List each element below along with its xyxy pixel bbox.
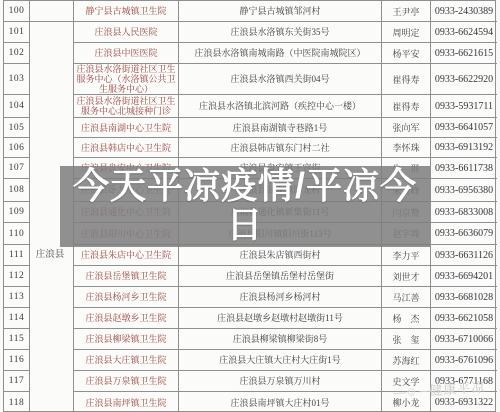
table-row: 115庄浪县柳梁镇卫生院庄浪县柳梁镇柳梁街8号张 玺0933-6710066 (4, 328, 495, 349)
institution-name-cell: 庄浪县赵墩乡卫生院 (73, 307, 178, 328)
county-cell (29, 1, 73, 21)
row-number-cell: 116 (4, 349, 29, 370)
row-number-cell: 110 (4, 222, 29, 244)
county-cell (29, 42, 73, 63)
institution-name-cell: 静宁县古城镇卫生院 (73, 1, 178, 21)
row-number-cell: 108 (4, 178, 29, 201)
overlay-title-line2: 日 (226, 205, 263, 244)
county-cell (29, 117, 73, 137)
address-cell: 庄浪县南坪镇大庄村01号 (178, 391, 381, 412)
address-cell: 庄浪县水洛镇北滨河路（疾控中心一楼） (178, 94, 381, 117)
row-number-cell: 107 (4, 157, 29, 178)
table-row: 106庄浪县韩店中心卫生院庄浪县韩店镇东门村二社李怀珠0933-6913192 (4, 137, 495, 157)
address-cell: 庄浪县水洛镇南城南路（中医院南城院区） (178, 42, 381, 63)
address-cell: 庄浪县韩店镇东门村二社 (178, 137, 381, 157)
smiley-face-icon: ☺ (405, 384, 419, 399)
phone-number-cell: 0933-6621615 (430, 42, 497, 63)
institution-name-cell: 庄浪县水洛街道社区卫生服务中心（水洛镇公共卫生服务中心） (73, 63, 178, 94)
table-row: 114庄浪县赵墩乡卫生院庄浪县赵墩乡赵墩村赵墩街11号杨 杰0933-66210… (4, 307, 495, 328)
county-cell (29, 137, 73, 157)
contact-person-cell: 李怀珠 (381, 137, 430, 157)
contact-person-cell: 张向军 (381, 117, 430, 137)
institution-name-cell: 庄浪县中医医院 (73, 42, 178, 63)
row-number-cell: 115 (4, 328, 29, 349)
table-row: 102庄浪县中医医院庄浪县水洛镇南城南路（中医院南城院区）杨平安0933-662… (4, 42, 495, 63)
contact-person-cell: 王尹亭 (381, 1, 430, 21)
phone-number-cell: 0933-6681028 (430, 286, 497, 307)
address-cell: 庄浪县杨河乡杨河村 (178, 286, 381, 307)
county-cell (29, 21, 73, 42)
institution-name-cell: 庄浪县南坪镇卫生院 (73, 391, 178, 412)
institution-name-cell: 庄浪县岳堡镇卫生院 (73, 265, 178, 286)
phone-number-cell: 0933-6694201 (430, 265, 497, 286)
address-cell: 庄浪县南湖镇寺巷路1号 (178, 117, 381, 137)
institution-name-cell: 庄浪县朱店中心卫生院 (73, 244, 178, 265)
institution-name-cell: 庄浪县柳梁镇卫生院 (73, 328, 178, 349)
phone-number-cell: 0933-6833008 (430, 201, 497, 222)
phone-number-cell: 0933-6621058 (430, 307, 497, 328)
row-number-cell: 111 (4, 244, 29, 265)
address-cell: 庄浪县赵墩乡赵墩村赵墩街11号 (178, 307, 381, 328)
contact-person-cell: 崔得寿 (381, 94, 430, 117)
contact-person-cell: 杨平安 (381, 42, 430, 63)
contact-person-cell: 杨 杰 (381, 307, 430, 328)
county-cell (29, 94, 73, 117)
address-cell: 庄浪县大庄镇大庄村大庄街1号 (178, 349, 381, 370)
phone-number-cell: 0933-6641057 (430, 117, 497, 137)
institution-name-cell: 庄浪县南湖中心卫生院 (73, 117, 178, 137)
county-cell (29, 63, 73, 94)
screenshot-root: 100静宁县古城镇卫生院静宁县古城镇邹河村王尹亭0933-2430389101庄… (0, 0, 500, 412)
row-number-cell: 113 (4, 286, 29, 307)
merged-county-cell-label: 庄浪县 (28, 246, 72, 260)
address-cell: 庄浪县朱店镇西街村 (178, 244, 381, 265)
contact-person-cell: 刘世才 (381, 265, 430, 286)
row-number-cell: 106 (4, 137, 29, 157)
row-number-cell: 104 (4, 94, 29, 117)
contact-person-cell: 李力平 (381, 244, 430, 265)
phone-number-cell: 0933-6622920 (430, 63, 497, 94)
table-row: 103庄浪县水洛街道社区卫生服务中心（水洛镇公共卫生服务中心）庄浪县水洛镇西关街… (4, 63, 495, 94)
row-number-cell: 109 (4, 201, 29, 222)
address-cell: 庄浪县水洛镇西关街04号 (178, 63, 381, 94)
phone-number-cell: 0933-6761096 (430, 349, 497, 370)
row-number-cell: 117 (4, 370, 29, 391)
institution-name-cell: 庄浪县大庄镇卫生院 (73, 349, 178, 370)
address-cell: 庄浪县水洛镇东关街35号 (178, 21, 381, 42)
county-cell (29, 265, 73, 286)
table-row: 116庄浪县大庄镇卫生院庄浪县大庄镇大庄村大庄街1号苏海红0933-676109… (4, 349, 495, 370)
watermark-dash: — (394, 385, 405, 400)
contact-person-cell: 马江善 (381, 286, 430, 307)
phone-number-cell: 0933-5931711 (430, 94, 497, 117)
institution-name-cell: 庄浪县水洛街道社区卫生服务中心北城接种门诊 (73, 94, 178, 117)
row-number-cell: 105 (4, 117, 29, 137)
institution-name-cell: 庄浪县人民医院 (73, 21, 178, 42)
contact-person-cell: 张 玺 (381, 328, 430, 349)
address-cell: 庄浪县万泉镇万川村 (178, 370, 381, 391)
phone-number-cell: 0933-6611738 (430, 157, 497, 178)
title-overlay: 今天平凉疫情/平凉今 日 (60, 166, 430, 247)
address-cell: 庄浪县柳梁镇柳梁街8号 (178, 328, 381, 349)
address-cell: 庄浪县岳堡镇岳堡村岳堡街 (178, 265, 381, 286)
table-row: 101庄浪县人民医院庄浪县水洛镇东关街35号周明定0933-6624594 (4, 21, 495, 42)
contact-person-cell: 苏海红 (381, 349, 430, 370)
row-number-cell: 114 (4, 307, 29, 328)
phone-number-cell: 0933-6710066 (430, 328, 497, 349)
table-row: 104庄浪县水洛街道社区卫生服务中心北城接种门诊庄浪县水洛镇北滨河路（疾控中心一… (4, 94, 495, 117)
row-number-cell: 118 (4, 391, 29, 412)
phone-number-cell: 0933-6956380 (430, 178, 497, 201)
institution-name-cell: 庄浪县万泉镇卫生院 (73, 370, 178, 391)
county-cell (29, 370, 73, 391)
contact-person-cell: 崔得寿 (381, 63, 430, 94)
table-row: 111庄浪县朱店中心卫生院庄浪县朱店镇西街村李力平0933-6631126 (4, 244, 495, 265)
table-row: 112庄浪县岳堡镇卫生院庄浪县岳堡镇岳堡村岳堡街刘世才0933-6694201 (4, 265, 495, 286)
watermark-text: 健康平凉 (429, 376, 486, 399)
phone-number-cell: 0933-2430389 (430, 1, 497, 21)
row-number-cell: 102 (4, 42, 29, 63)
contact-person-cell: 周明定 (381, 21, 430, 42)
table-row: 100静宁县古城镇卫生院静宁县古城镇邹河村王尹亭0933-2430389 (4, 1, 495, 21)
address-cell: 静宁县古城镇邹河村 (178, 1, 381, 21)
row-number-cell: 100 (4, 1, 29, 21)
phone-number-cell: 0933-6631126 (430, 244, 497, 265)
table-row: 105庄浪县南湖中心卫生院庄浪县南湖镇寺巷路1号张向军0933-6641057 (4, 117, 495, 137)
county-cell (29, 328, 73, 349)
institution-name-cell: 庄浪县韩店中心卫生院 (73, 137, 178, 157)
county-cell (29, 307, 73, 328)
county-cell (29, 391, 73, 412)
overlay-title-line1: 今天平凉疫情/平凉今 (73, 166, 417, 205)
phone-number-cell: 0933-6636079 (430, 222, 497, 244)
county-cell (29, 286, 73, 307)
row-number-cell: 101 (4, 21, 29, 42)
phone-number-cell: 0933-6624594 (430, 21, 497, 42)
table-row: 113庄浪县杨河乡卫生院庄浪县杨河乡杨河村马江善0933-6681028 (4, 286, 495, 307)
institution-name-cell: 庄浪县杨河乡卫生院 (73, 286, 178, 307)
row-number-cell: 103 (4, 63, 29, 94)
row-number-cell: 112 (4, 265, 29, 286)
county-cell (29, 349, 73, 370)
phone-number-cell: 0933-6913192 (430, 137, 497, 157)
